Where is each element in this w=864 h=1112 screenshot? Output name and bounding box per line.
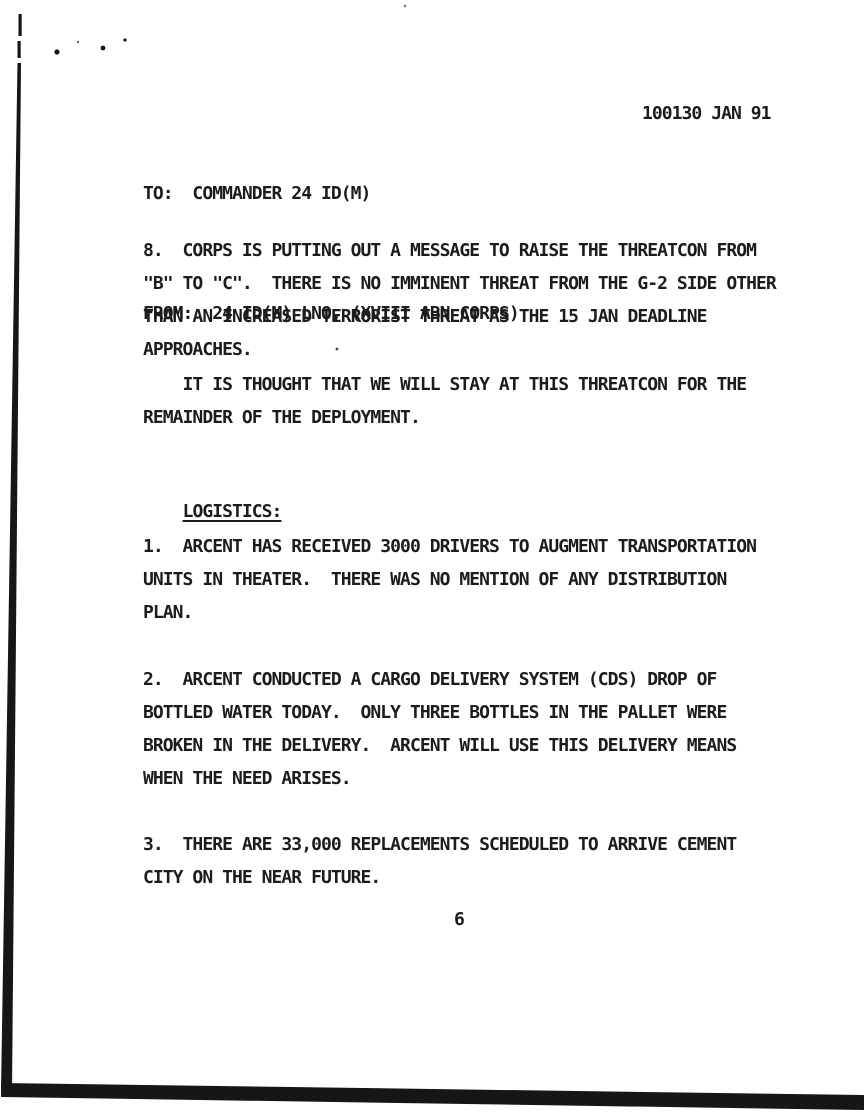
section-heading-text: LOGISTICS: xyxy=(183,501,282,522)
paragraph-logistics-1: 1. ARCENT HAS RECEIVED 3000 DRIVERS TO A… xyxy=(143,530,756,629)
ink-speck xyxy=(54,49,59,54)
scanned-document-page: TO: COMMANDER 24 ID(M) FROM: 24 ID(M) LN… xyxy=(0,0,864,1112)
paragraph-threatcon: 8. CORPS IS PUTTING OUT A MESSAGE TO RAI… xyxy=(143,234,776,366)
ink-speck xyxy=(101,46,106,51)
scan-left-edge-line xyxy=(1,63,21,1092)
date-time-group: 100130 JAN 91 xyxy=(642,94,771,134)
ink-speck xyxy=(77,41,79,43)
scan-left-line-segment-mid xyxy=(18,41,21,58)
ink-speck xyxy=(123,38,126,41)
scan-left-line-segment-top xyxy=(19,14,22,36)
paragraph-logistics-3: 3. THERE ARE 33,000 REPLACEMENTS SCHEDUL… xyxy=(143,828,736,894)
to-line: TO: COMMANDER 24 ID(M) xyxy=(143,174,519,214)
scan-bottom-bar xyxy=(1,1083,864,1110)
paragraph-logistics-2: 2. ARCENT CONDUCTED A CARGO DELIVERY SYS… xyxy=(143,663,736,795)
paragraph-threatcon-stay: IT IS THOUGHT THAT WE WILL STAY AT THIS … xyxy=(143,368,746,434)
page-number: 6 xyxy=(454,903,464,936)
ink-speck xyxy=(404,5,407,8)
